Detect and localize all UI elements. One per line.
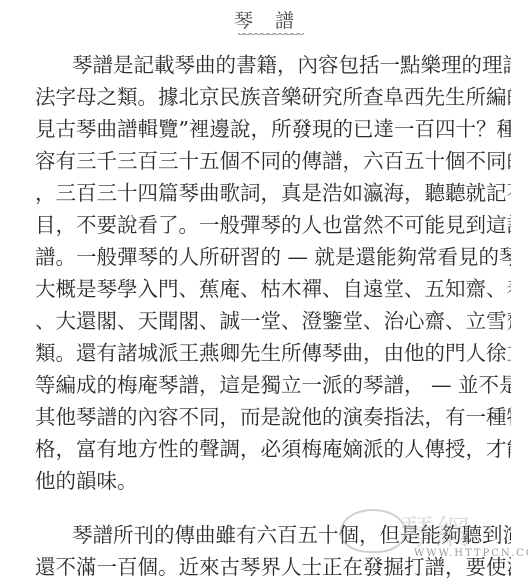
text-line: 格，富有地方性的聲調，必須梅庵嫡派的人傳授，才能得到 (35, 437, 511, 461)
text-line: 法字母之類。據北京民族音樂研究所查阜西先生所編的“存 (35, 85, 511, 109)
text-line: 、大還閣、天聞閣、誠一堂、澄鑒堂、治心齋、立雪齋、等 (35, 309, 511, 333)
text-line: 譜。一般彈琴的人所研習的 — 就是還能夠常看見的琴譜， (35, 245, 511, 269)
text-line: 琴譜所刊的傳曲雖有六百五十個，但是能夠聽到演奏的 (72, 523, 511, 547)
text-line: 見古琴曲譜輯覽”裡邊說，所發現的已達一百四十？種，內 (35, 117, 511, 141)
text-line: 琴譜是記載琴曲的書籍，內容包括一點樂理的理論和指 (72, 53, 511, 77)
document-page: 琴譜 琴譜是記載琴曲的書籍，內容包括一點樂理的理論和指 法字母之類。據北京民族音… (0, 0, 528, 580)
text-line: ，三百三十四篇琴曲歌詞，真是浩如瀛海，聽聽就記不清數 (35, 181, 511, 205)
text-line: 還不滿一百個。近來古琴界人士正在發掘打譜，要使流傳下 (35, 555, 511, 579)
text-line: 目，不要說看了。一般彈琴的人也當然不可能見到這許多琴 (35, 213, 511, 237)
title-wavy-underline (238, 33, 304, 37)
text-line: 容有三千三百三十五個不同的傳譜，六百五十個不同的傳曲 (35, 149, 511, 173)
text-line: 他的韻味。 (35, 469, 511, 493)
text-line: 類。還有諸城派王燕卿先生所傳琴曲，由他的門人徐立孫君 (35, 341, 511, 365)
text-line: 其他琴譜的內容不同，而是說他的演奏指法，有一種特殊風 (35, 405, 511, 429)
text-line: 大概是琴學入門、蕉庵、枯木禪、自遠堂、五知齋、春草堂 (35, 277, 511, 301)
page-title: 琴譜 (0, 6, 528, 33)
text-line: 等編成的梅庵琴譜，這是獨立一派的琴譜， — 並不是說和 (35, 373, 511, 397)
